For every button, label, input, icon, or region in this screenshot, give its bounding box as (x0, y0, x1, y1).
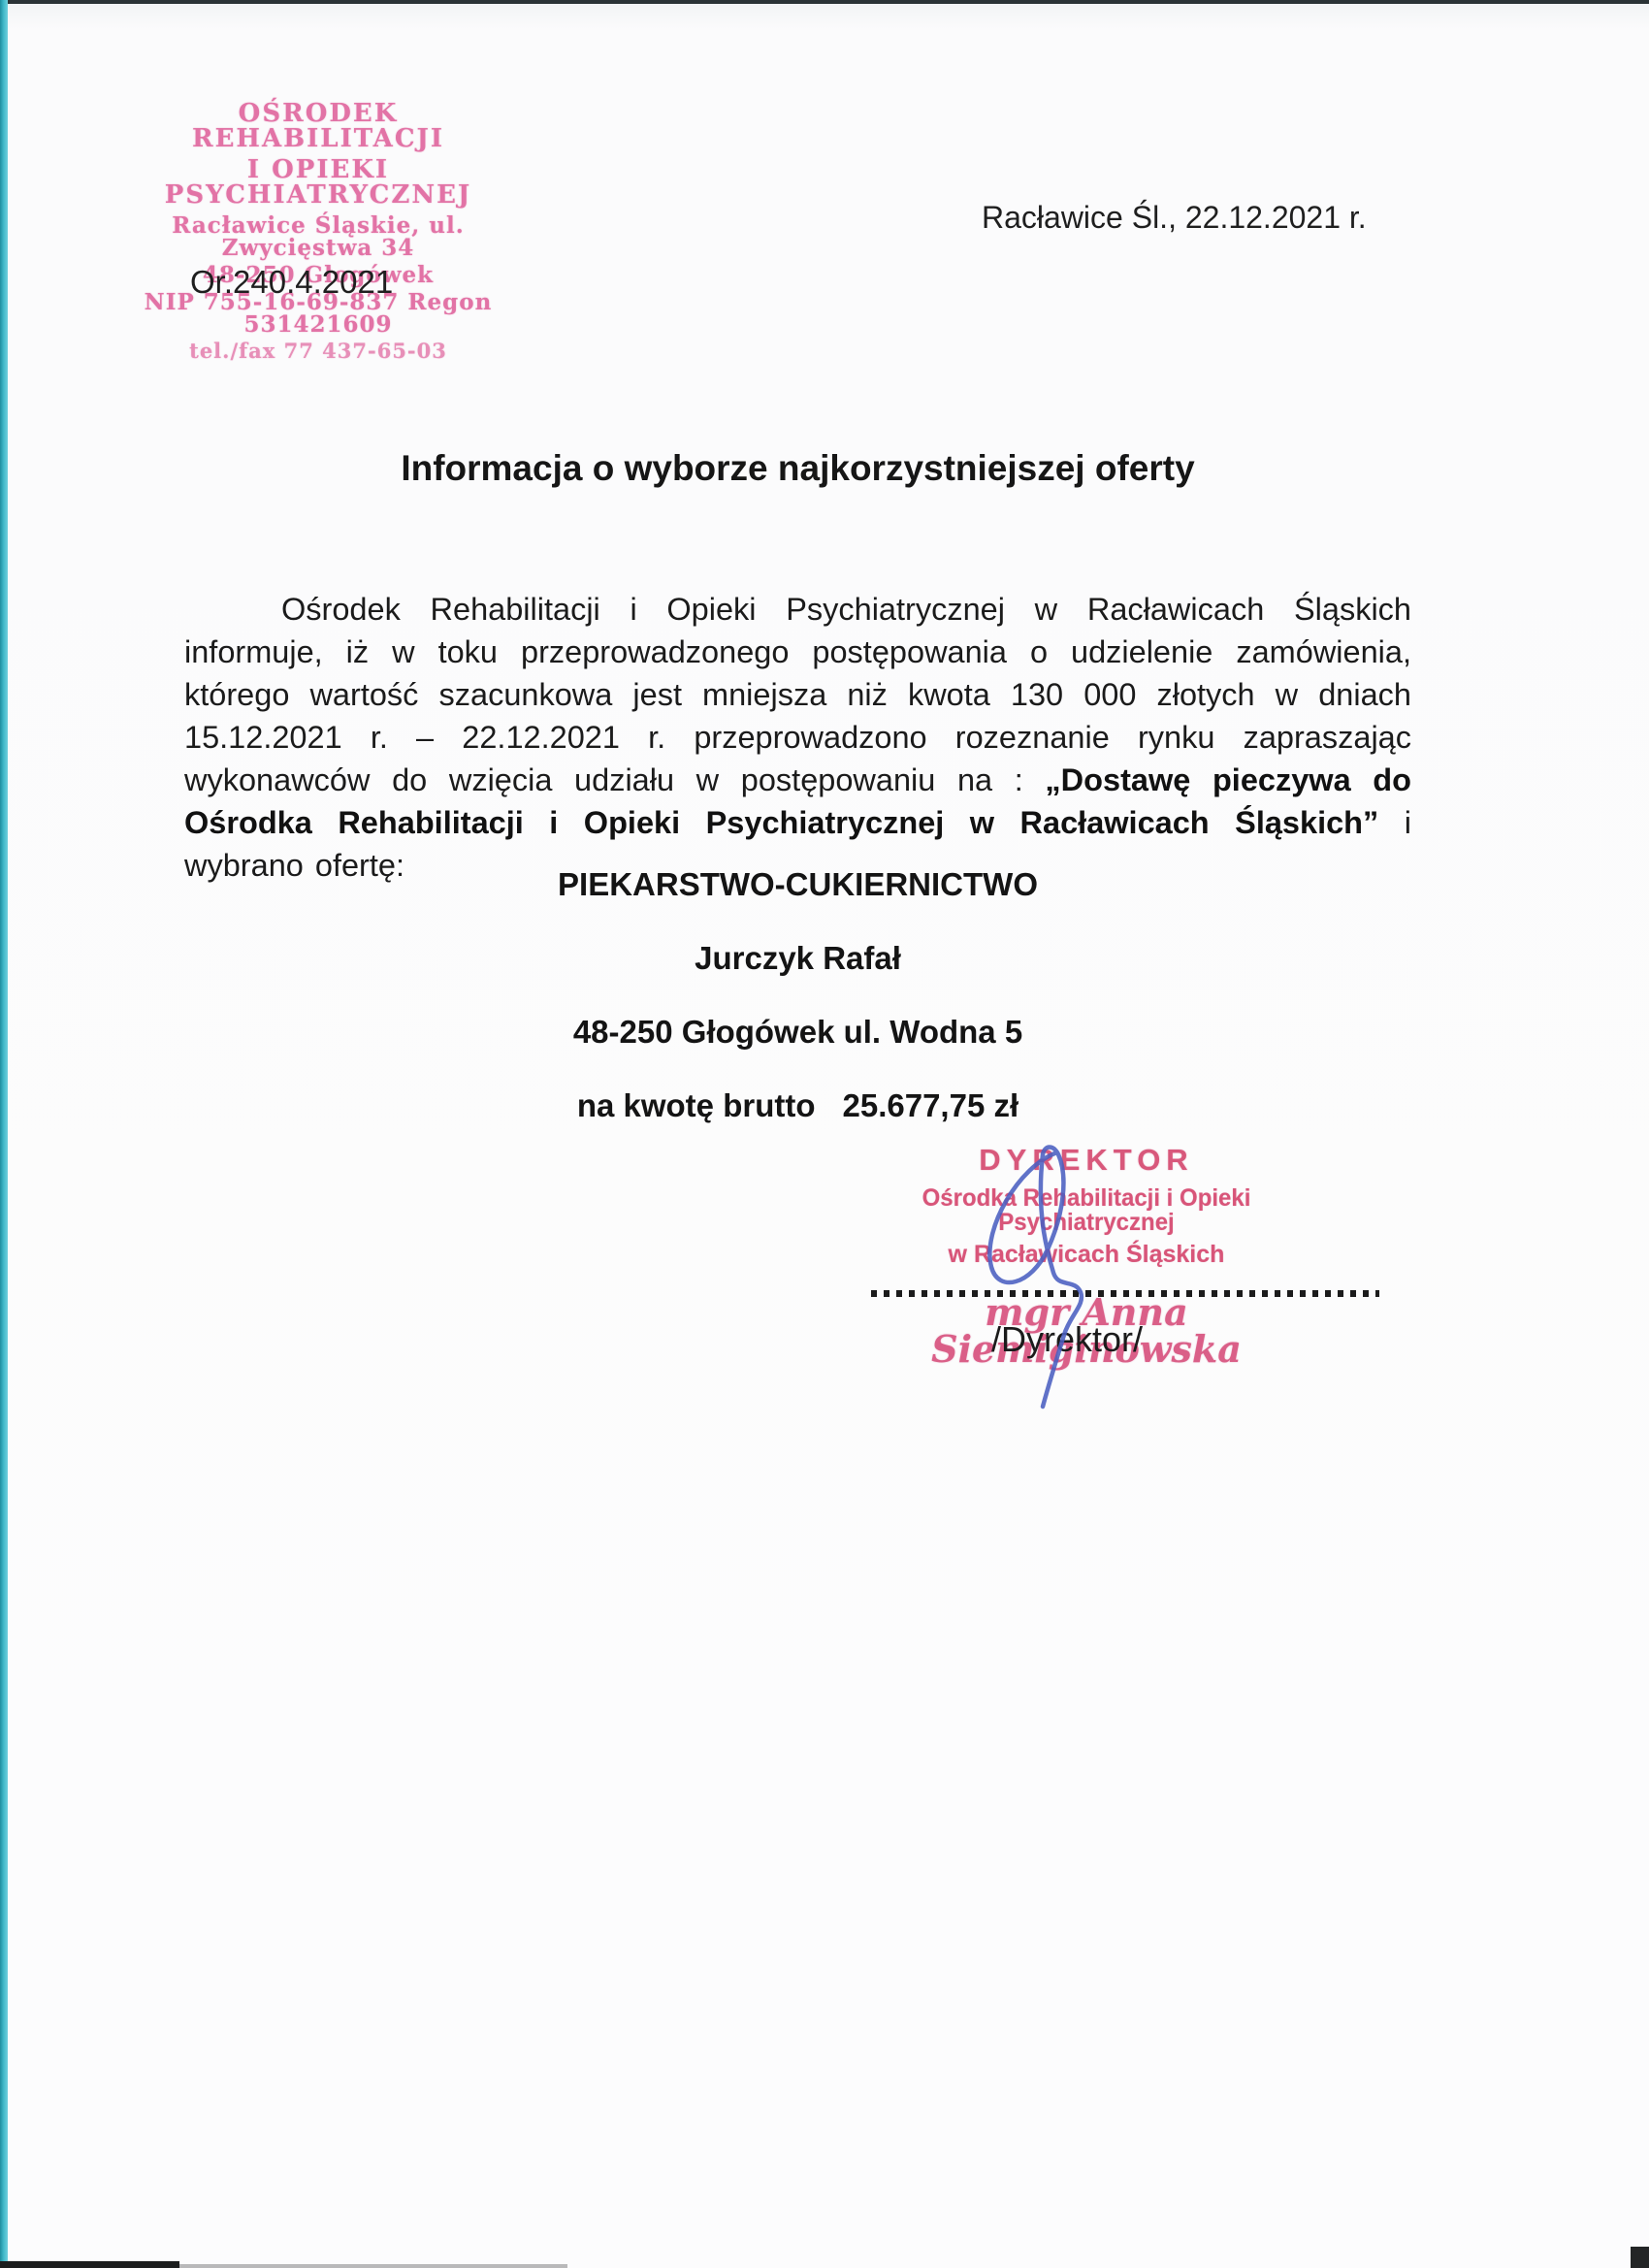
document-page: OŚRODEK REHABILITACJI I OPIEKI PSYCHIATR… (0, 0, 1649, 2268)
signature-caption: /Dyrektor/ (873, 1319, 1261, 1360)
offer-company-name: PIEKARSTWO-CUKIERNICTWO (184, 866, 1411, 903)
offer-address: 48-250 Głogówek ul. Wodna 5 (184, 1014, 1411, 1051)
place-and-date: Racławice Śl., 22.12.2021 r. (982, 200, 1367, 236)
scan-artifact-bottom-streak (179, 2264, 567, 2268)
director-stamp-title: DYREKTOR (854, 1145, 1319, 1175)
offer-amount-value: 25.677,75 zł (843, 1087, 1019, 1123)
stamp-line-org-name-1: OŚRODEK REHABILITACJI (124, 101, 512, 151)
stamp-line-street: Racławice Śląskie, ul. Zwycięstwa 34 (124, 214, 512, 259)
selected-offer-block: PIEKARSTWO-CUKIERNICTWO Jurczyk Rafał 48… (184, 866, 1411, 1161)
body-paragraph: Ośrodek Rehabilitacji i Opieki Psychiatr… (184, 588, 1411, 887)
offer-amount-line: na kwotę brutto25.677,75 zł (184, 1087, 1411, 1124)
scan-artifact-bottom-right (1631, 2247, 1649, 2268)
offer-amount-label: na kwotę brutto (577, 1087, 816, 1123)
document-title: Informacja o wyborze najkorzystniejszej … (184, 448, 1411, 489)
offer-owner-name: Jurczyk Rafał (184, 940, 1411, 977)
stamp-line-phone: tel./fax 77 437-65-03 (124, 340, 512, 361)
director-stamp-org-line1: Ośrodka Rehabilitacji i Opieki Psychiatr… (863, 1186, 1310, 1235)
org-address-stamp: OŚRODEK REHABILITACJI I OPIEKI PSYCHIATR… (124, 101, 512, 361)
scan-artifact-left-edge (0, 0, 8, 2268)
scan-artifact-top-edge (0, 0, 1649, 4)
reference-number: Or.240.4.2021 (190, 264, 393, 301)
scan-artifact-bottom-left (0, 2261, 179, 2268)
director-stamp-org-line2: w Racławicach Śląskich (854, 1243, 1319, 1267)
stamp-line-org-name-2: I OPIEKI PSYCHIATRYCZNEJ (124, 157, 512, 208)
dotted-signature-line (871, 1290, 1379, 1297)
